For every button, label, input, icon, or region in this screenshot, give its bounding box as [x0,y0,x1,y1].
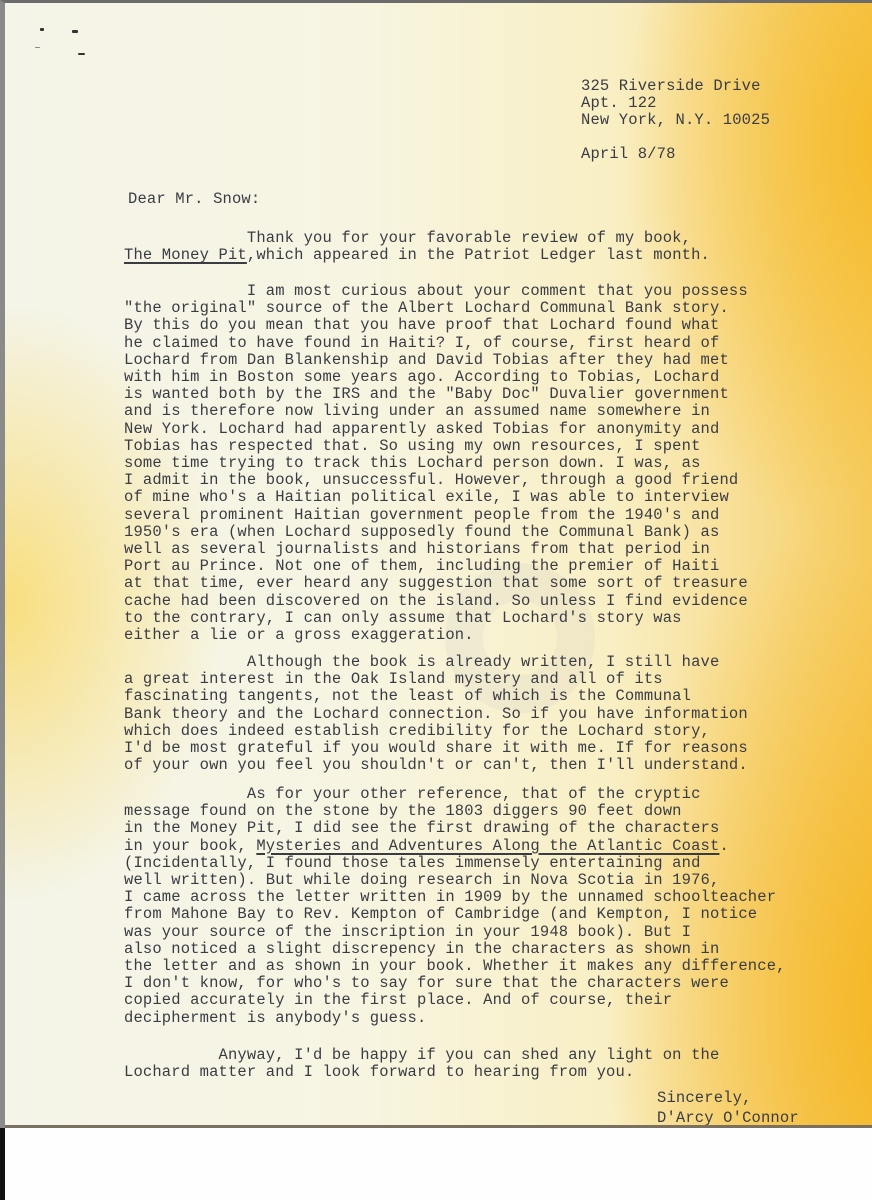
paragraph-4-line: copied accurately in the first place. An… [124,992,786,1009]
paragraph-4-line: message found on the stone by the 1803 d… [124,803,786,820]
paragraph-2-line: of mine who's a Haitian political exile,… [124,489,748,506]
paragraph-3-line: Although the book is already written, I … [124,654,748,671]
paragraph-1-line-1: Thank you for your favorable review of m… [124,230,710,247]
paragraph-3-line: I'd be most grateful if you would share … [124,740,748,757]
address-line-3: New York, N.Y. 10025 [581,112,770,129]
paragraph-1: Thank you for your favorable review of m… [124,230,710,264]
closing: Sincerely, [657,1090,752,1107]
paragraph-2-line: at that time, ever heard any suggestion … [124,575,748,592]
paragraph-2-line: New York. Lochard had apparently asked T… [124,421,748,438]
paragraph-2-line: to the contrary, I can only assume that … [124,610,748,627]
paragraph-2-line: and is therefore now living under an ass… [124,403,748,420]
signature: D'Arcy O'Connor [657,1110,799,1127]
paragraph-1-line-2: ,which appeared in the Patriot Ledger la… [247,246,710,264]
paragraph-4-line: decipherment is anybody's guess. [124,1010,786,1027]
paragraph-2-line: Tobias has respected that. So using my o… [124,438,748,455]
paragraph-2-line: either a lie or a gross exaggeration. [124,627,748,644]
paragraph-2-line: By this do you mean that you have proof … [124,317,748,334]
paragraph-3: Although the book is already written, I … [124,654,748,774]
paragraph-4-line: As for your other reference, that of the… [124,786,786,803]
paragraph-2-line: is wanted both by the IRS and the "Baby … [124,386,748,403]
paragraph-4-line: (Incidentally, I found those tales immen… [124,855,786,872]
paragraph-4-line: I don't know, for who's to say for sure … [124,975,786,992]
paragraph-4-line: the letter and as shown in your book. Wh… [124,958,786,975]
paragraph-3-line: of your own you feel you shouldn't or ca… [124,757,748,774]
paragraph-2-line: some time trying to track this Lochard p… [124,455,748,472]
paragraph-5: Anyway, I'd be happy if you can shed any… [124,1047,719,1081]
paragraph-4-line: in the Money Pit, I did see the first dr… [124,820,786,837]
paragraph-2-line: several prominent Haitian government peo… [124,507,748,524]
paragraph-4-book-prefix: in your book, [124,837,256,855]
paragraph-4-line: also noticed a slight discrepency in the… [124,941,786,958]
paragraph-4-line: I came across the letter written in 1909… [124,889,786,906]
paragraph-5-line: Lochard matter and I look forward to hea… [124,1064,719,1081]
paragraph-2-line: "the original" source of the Albert Loch… [124,300,748,317]
letter-page: 325 Riverside DriveApt. 122New York, N.Y… [0,0,872,1128]
address-line-2: Apt. 122 [581,95,770,112]
book-title-mysteries: Mysteries and Adventures Along the Atlan… [256,837,719,855]
paragraph-4: As for your other reference, that of the… [124,786,786,1027]
paragraph-2-line: Port au Prince. Not one of them, includi… [124,558,748,575]
paragraph-4-line: was your source of the inscription in yo… [124,924,786,941]
paragraph-2-line: I am most curious about your comment tha… [124,283,748,300]
book-title-money-pit: The Money Pit [124,246,247,264]
paragraph-2-line: with him in Boston some years ago. Accor… [124,369,748,386]
paragraph-2-line: cache had been discovered on the island.… [124,593,748,610]
paragraph-4-line: well written). But while doing research … [124,872,786,889]
paragraph-4-line: from Mahone Bay to Rev. Kempton of Cambr… [124,906,786,923]
paragraph-3-line: which does indeed establish credibility … [124,723,748,740]
paragraph-2-line: well as several journalists and historia… [124,541,748,558]
paragraph-2: I am most curious about your comment tha… [124,283,748,644]
paragraph-3-line: fascinating tangents, not the least of w… [124,688,748,705]
sender-address: 325 Riverside DriveApt. 122New York, N.Y… [581,78,770,130]
paragraph-2-line: Lochard from Dan Blankenship and David T… [124,352,748,369]
salutation: Dear Mr. Snow: [128,191,260,208]
paragraph-2-line: 1950's era (when Lochard supposedly foun… [124,524,748,541]
paragraph-5-line: Anyway, I'd be happy if you can shed any… [124,1047,719,1064]
paragraph-3-line: a great interest in the Oak Island myste… [124,671,748,688]
paragraph-2-line: he claimed to have found in Haiti? I, of… [124,335,748,352]
scan-bottom-margin [0,1128,872,1200]
letter-date: April 8/78 [581,146,676,163]
paragraph-2-line: I admit in the book, unsuccessful. Howev… [124,472,748,489]
paragraph-3-line: Bank theory and the Lochard connection. … [124,706,748,723]
address-line-1: 325 Riverside Drive [581,78,770,95]
paragraph-4-book-suffix: . [719,837,728,855]
